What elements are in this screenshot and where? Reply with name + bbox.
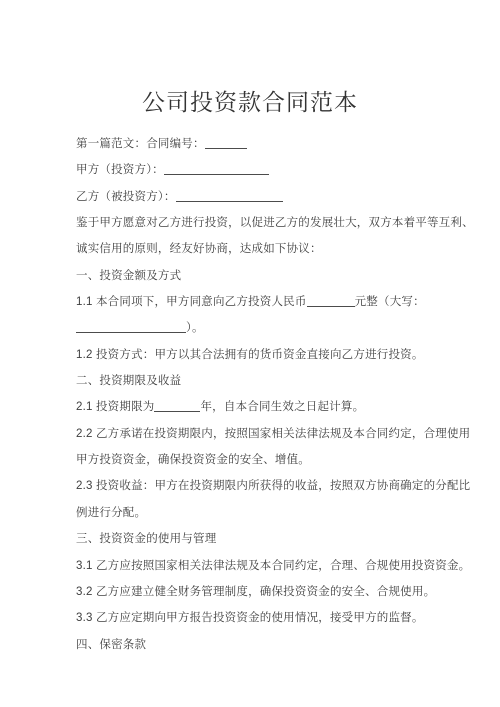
text-line: 3.3 乙方应定期向甲方报告投资资金的使用情况，接受甲方的监督。 <box>76 605 448 631</box>
text-segment: 3.1 乙方应按照国家相关法律法规及本合同约定，合理、合规使用投资资金。 <box>76 560 470 572</box>
text-segment: 四、保密条款 <box>76 639 146 651</box>
text-line: 四、保密条款 <box>76 632 448 658</box>
text-segment: 三、投资资金的使用与管理 <box>76 533 216 545</box>
text-segment: ）。 <box>186 322 204 334</box>
text-line: 甲方（投资方）： <box>76 157 448 183</box>
blank-underline <box>164 163 269 176</box>
text-line: 第一篇范文：合同编号： <box>76 131 448 157</box>
text-segment: 1.1 本合同项下，甲方同意向乙方投资人民币 <box>76 296 307 308</box>
text-segment: 1.2 投资方式：甲方以其合法拥有的货币资金直接向乙方进行投资。 <box>76 349 424 361</box>
text-line: 一、投资金额及方式 <box>76 263 448 289</box>
blank-underline <box>205 137 247 150</box>
text-segment: 3.2 乙方应建立健全财务管理制度，确保投资资金的安全、合规使用。 <box>76 586 435 598</box>
text-segment: 2.3 投资收益：甲方在投资期限内所获得的收益，按照双方协商确定的分配比 <box>76 480 470 492</box>
text-segment: 甲方投资资金，确保投资资金的安全、增值。 <box>76 454 310 466</box>
text-line: 1.1 本合同项下，甲方同意向乙方投资人民币元整（大写： <box>76 289 448 315</box>
blank-underline <box>176 189 283 202</box>
text-segment: 鉴于甲方愿意对乙方进行投资，以促进乙方的发展壮大，双方本着平等互利、 <box>76 217 474 229</box>
text-segment: 例进行分配。 <box>76 507 146 519</box>
document-body: 第一篇范文：合同编号：甲方（投资方）：乙方（被投资方）：鉴于甲方愿意对乙方进行投… <box>76 131 448 658</box>
text-line: 3.1 乙方应按照国家相关法律法规及本合同约定，合理、合规使用投资资金。 <box>76 553 448 579</box>
text-segment: 3.3 乙方应定期向甲方报告投资资金的使用情况，接受甲方的监督。 <box>76 612 424 624</box>
text-segment: 甲方（投资方）： <box>76 164 164 176</box>
text-segment: 第一篇范文：合同编号： <box>76 138 205 150</box>
text-segment: 乙方（被投资方）： <box>76 191 176 203</box>
text-line: 2.3 投资收益：甲方在投资期限内所获得的收益，按照双方协商确定的分配比 <box>76 473 448 499</box>
text-line: 1.2 投资方式：甲方以其合法拥有的货币资金直接向乙方进行投资。 <box>76 342 448 368</box>
text-line: 乙方（被投资方）： <box>76 184 448 210</box>
text-line: 3.2 乙方应建立健全财务管理制度，确保投资资金的安全、合规使用。 <box>76 579 448 605</box>
text-segment: 年，自本合同生效之日起计算。 <box>200 401 364 413</box>
text-line: 二、投资期限及收益 <box>76 368 448 394</box>
text-line: 鉴于甲方愿意对乙方进行投资，以促进乙方的发展壮大，双方本着平等互利、 <box>76 210 448 236</box>
text-line: ）。 <box>76 315 448 341</box>
text-segment: 2.2 乙方承诺在投资期限内，按照国家相关法律法规及本合同约定，合理使用 <box>76 428 470 440</box>
text-line: 甲方投资资金，确保投资资金的安全、增值。 <box>76 447 448 473</box>
text-line: 三、投资资金的使用与管理 <box>76 526 448 552</box>
text-segment: 元整（大写： <box>355 296 425 308</box>
text-segment: 诚实信用的原则，经友好协商，达成如下协议： <box>76 243 322 255</box>
text-segment: 一、投资金额及方式 <box>76 270 181 282</box>
contract-document-page: 公司投资款合同范本 第一篇范文：合同编号：甲方（投资方）：乙方（被投资方）：鉴于… <box>0 0 500 707</box>
text-line: 例进行分配。 <box>76 500 448 526</box>
text-line: 2.2 乙方承诺在投资期限内，按照国家相关法律法规及本合同约定，合理使用 <box>76 421 448 447</box>
blank-underline <box>307 295 355 308</box>
text-segment: 2.1 投资期限为 <box>76 401 154 413</box>
text-line: 2.1 投资期限为年，自本合同生效之日起计算。 <box>76 394 448 420</box>
document-title: 公司投资款合同范本 <box>0 84 500 117</box>
text-segment: 二、投资期限及收益 <box>76 375 181 387</box>
blank-underline <box>154 400 200 413</box>
blank-underline <box>76 321 186 334</box>
text-line: 诚实信用的原则，经友好协商，达成如下协议： <box>76 236 448 262</box>
